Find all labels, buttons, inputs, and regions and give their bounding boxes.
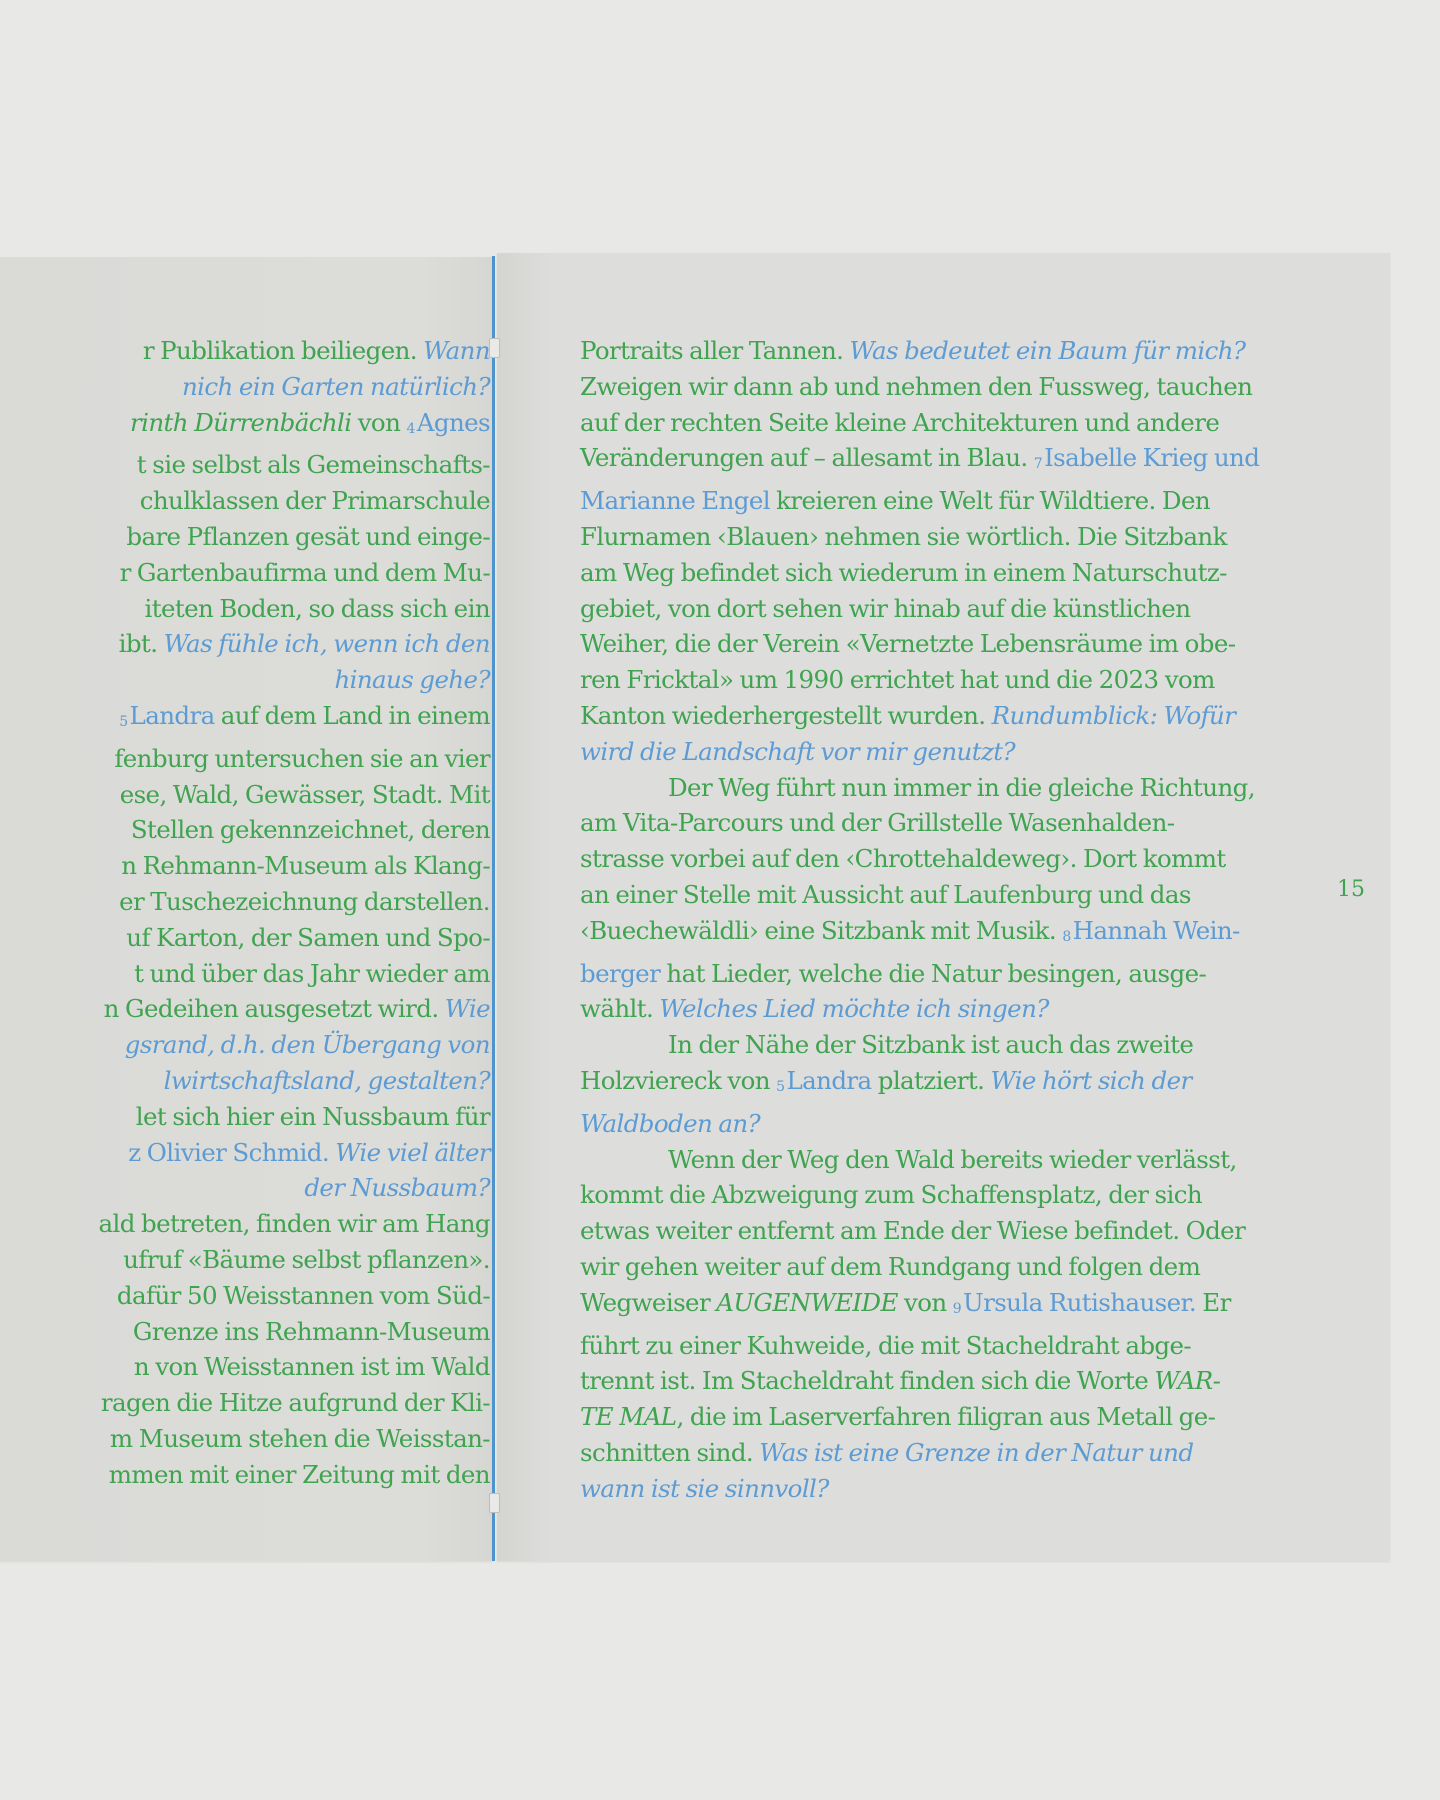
body-text: an einer Stelle mit Aussicht auf Laufenb… (580, 880, 1191, 909)
text-line: n Gedeihen ausgesetzt wird. Wie (99, 991, 490, 1027)
body-text: kreieren eine Welt für Wildtiere. Den (770, 486, 1210, 515)
artist-name: Ursula Rutishauser. (963, 1288, 1196, 1317)
text-line: lwirtschaftsland, gestalten? (99, 1063, 490, 1099)
question-text: lwirtschaftsland, gestalten? (164, 1066, 490, 1095)
body-text: uf Karton, der Samen und Spo- (126, 923, 490, 952)
body-text: bare Pflanzen gesät und einge- (126, 522, 490, 551)
body-text: fenburg untersuchen sie an vier (114, 744, 490, 773)
question-text: nich ein Garten natürlich? (182, 372, 490, 401)
question-text: Wann (423, 336, 490, 365)
text-line: Kanton wiederhergestellt wurden. Rundumb… (580, 698, 1320, 734)
text-line: am Vita-Parcours und der Grillstelle Was… (580, 805, 1320, 841)
body-text: n Rehmann-Museum als Klang- (121, 851, 490, 880)
italic-title: TE MAL (580, 1402, 676, 1431)
body-text: r Gartenbaufirma und dem Mu- (120, 558, 490, 587)
body-text: etwas weiter entfernt am Ende der Wiese … (580, 1216, 1245, 1245)
text-line: r Gartenbaufirma und dem Mu- (99, 555, 490, 591)
left-page-text-column: r Publikation beiliegen. Wannnich ein Ga… (99, 333, 490, 1493)
text-line: berger hat Lieder, welche die Natur besi… (580, 956, 1320, 992)
body-text: Veränderungen auf – allesamt in Blau. (580, 443, 1034, 472)
body-text: In der Nähe der Sitzbank ist auch das zw… (668, 1030, 1193, 1059)
body-text: auf der rechten Seite kleine Architektur… (580, 408, 1219, 437)
text-line: ren Fricktal» um 1990 errichtet hat und … (580, 662, 1320, 698)
body-text: dafür 50 Weisstannen vom Süd- (117, 1281, 490, 1310)
text-line: ibt. Was fühle ich, wenn ich den (99, 626, 490, 662)
body-text: Der Weg führt nun immer in die gleiche R… (668, 773, 1255, 802)
body-text: am Vita-Parcours und der Grillstelle Was… (580, 808, 1174, 837)
body-text: Er (1196, 1288, 1231, 1317)
question-text: Wie viel älter (329, 1138, 490, 1167)
italic-title: rinth Dürrenbächli (130, 408, 352, 437)
station-number: 8 (1062, 929, 1070, 945)
text-line: bare Pflanzen gesät und einge- (99, 519, 490, 555)
booklet-spine (492, 256, 495, 1561)
text-line: fenburg untersuchen sie an vier (99, 741, 490, 777)
text-line: etwas weiter entfernt am Ende der Wiese … (580, 1213, 1320, 1249)
body-text: let sich hier ein Nussbaum für (136, 1102, 490, 1131)
text-line: Holzviereck von 5Landra platziert. Wie h… (580, 1063, 1320, 1106)
text-line: schnitten sind. Was ist eine Grenze in d… (580, 1435, 1320, 1471)
text-line: wählt. Welches Lied möchte ich singen? (580, 991, 1320, 1027)
body-text: ‹Buechewäldli› eine Sitzbank mit Musik. (580, 916, 1062, 945)
question-text: Was ist eine Grenze in der Natur und (759, 1438, 1193, 1467)
body-text: ald betreten, finden wir am Hang (99, 1209, 490, 1238)
body-text: am Weg befindet sich wiederum in einem N… (580, 558, 1227, 587)
text-line: Zweigen wir dann ab und nehmen den Fussw… (580, 369, 1320, 405)
text-line: Weiher, die der Verein «Vernetzte Lebens… (580, 626, 1320, 662)
text-line: t sie selbst als Gemeinschafts- (99, 447, 490, 483)
question-text: gsrand, d.h. den Übergang von (125, 1030, 490, 1059)
text-line: auf der rechten Seite kleine Architektur… (580, 405, 1320, 441)
station-number: 7 (1034, 456, 1042, 472)
text-line: iteten Boden, so dass sich ein (99, 591, 490, 627)
text-line: uf Karton, der Samen und Spo- (99, 920, 490, 956)
question-text: wann ist sie sinnvoll? (580, 1474, 829, 1503)
station-number: 4 (406, 421, 414, 437)
text-line: wir gehen weiter auf dem Rundgang und fo… (580, 1249, 1320, 1285)
body-text: , die im Laserverfahren filigran aus Met… (676, 1402, 1215, 1431)
italic-title: WAR- (1154, 1366, 1220, 1395)
text-line: Marianne Engel kreieren eine Welt für Wi… (580, 483, 1320, 519)
text-line: dafür 50 Weisstannen vom Süd- (99, 1278, 490, 1314)
text-line: trennt ist. Im Stacheldraht finden sich … (580, 1363, 1320, 1399)
text-line: let sich hier ein Nussbaum für (99, 1099, 490, 1135)
body-text: wir gehen weiter auf dem Rundgang und fo… (580, 1252, 1200, 1281)
question-text: Welches Lied möchte ich singen? (659, 994, 1048, 1023)
artist-name: berger (580, 959, 660, 988)
text-line: ragen die Hitze aufgrund der Kli- (99, 1385, 490, 1421)
text-line: ald betreten, finden wir am Hang (99, 1206, 490, 1242)
text-line: Flurnamen ‹Blauen› nehmen sie wörtlich. … (580, 519, 1320, 555)
artist-name: Landra (130, 701, 215, 730)
text-line: n von Weisstannen ist im Wald (99, 1349, 490, 1385)
artist-name: z Olivier Schmid. (128, 1138, 329, 1167)
text-line: 5Landra auf dem Land in einem (99, 698, 490, 741)
text-line: Wenn der Weg den Wald bereits wieder ver… (580, 1142, 1320, 1178)
question-text: Waldboden an? (580, 1109, 760, 1138)
body-text: Stellen gekennzeichnet, deren (131, 815, 490, 844)
body-text: führt zu einer Kuhweide, die mit Stachel… (580, 1331, 1191, 1360)
text-line: t und über das Jahr wieder am (99, 956, 490, 992)
question-text: hinaus gehe? (334, 665, 490, 694)
body-text: Grenze ins Rehmann-Museum (133, 1317, 490, 1346)
text-line: kommt die Abzweigung zum Schaffensplatz,… (580, 1177, 1320, 1213)
station-number: 5 (119, 714, 127, 730)
body-text: t und über das Jahr wieder am (134, 959, 490, 988)
text-line: der Nussbaum? (99, 1170, 490, 1206)
text-line: rinth Dürrenbächli von 4Agnes (99, 405, 490, 448)
text-line: z Olivier Schmid. Wie viel älter (99, 1135, 490, 1171)
body-text: Holzviereck von (580, 1066, 776, 1095)
body-text: Kanton wiederhergestellt wurden. (580, 701, 992, 730)
artist-name: Isabelle Krieg und (1044, 443, 1259, 472)
text-line: Wegweiser AUGENWEIDE von 9Ursula Rutisha… (580, 1285, 1320, 1328)
body-text: ese, Wald, Gewässer, Stadt. Mit (120, 780, 490, 809)
body-text: ren Fricktal» um 1990 errichtet hat und … (580, 665, 1215, 694)
text-line: führt zu einer Kuhweide, die mit Stachel… (580, 1328, 1320, 1364)
right-page-text-column: Portraits aller Tannen. Was bedeutet ein… (580, 333, 1320, 1507)
text-line: gebiet, von dort sehen wir hinab auf die… (580, 591, 1320, 627)
body-text: trennt ist. Im Stacheldraht finden sich … (580, 1366, 1154, 1395)
question-text: Was bedeutet ein Baum für mich? (850, 336, 1246, 365)
station-number: 5 (776, 1079, 784, 1095)
question-text: Wie hört sich der (990, 1066, 1191, 1095)
body-text: auf dem Land in einem (215, 701, 490, 730)
body-text: Portraits aller Tannen. (580, 336, 850, 365)
body-text: er Tuschezeichnung darstellen. (119, 887, 490, 916)
body-text: strasse vorbei auf den ‹Chrottehaldeweg›… (580, 844, 1226, 873)
text-line: ese, Wald, Gewässer, Stadt. Mit (99, 777, 490, 813)
text-line: an einer Stelle mit Aussicht auf Laufenb… (580, 877, 1320, 913)
text-line: Veränderungen auf – allesamt in Blau. 7I… (580, 440, 1320, 483)
body-text: t sie selbst als Gemeinschafts- (137, 450, 490, 479)
artist-name: Agnes (417, 408, 490, 437)
body-text: Wegweiser (580, 1288, 716, 1317)
station-number: 9 (953, 1301, 961, 1317)
body-text: kommt die Abzweigung zum Schaffensplatz,… (580, 1180, 1202, 1209)
body-text: platziert. (872, 1066, 991, 1095)
text-line: m Museum stehen die Weisstan- (99, 1421, 490, 1457)
body-text: mmen mit einer Zeitung mit den (109, 1460, 490, 1489)
body-text: schnitten sind. (580, 1438, 759, 1467)
text-line: TE MAL, die im Laserverfahren filigran a… (580, 1399, 1320, 1435)
body-text: gebiet, von dort sehen wir hinab auf die… (580, 594, 1190, 623)
text-line: hinaus gehe? (99, 662, 490, 698)
body-text: ragen die Hitze aufgrund der Kli- (101, 1388, 490, 1417)
text-line: Waldboden an? (580, 1106, 1320, 1142)
text-line: gsrand, d.h. den Übergang von (99, 1027, 490, 1063)
body-text: n Gedeihen ausgesetzt wird. (104, 994, 445, 1023)
text-line: ‹Buechewäldli› eine Sitzbank mit Musik. … (580, 913, 1320, 956)
artist-name: Hannah Wein- (1073, 916, 1240, 945)
body-text: von (352, 408, 407, 437)
text-line: er Tuschezeichnung darstellen. (99, 884, 490, 920)
text-line: Der Weg führt nun immer in die gleiche R… (580, 770, 1320, 806)
text-line: wann ist sie sinnvoll? (580, 1471, 1320, 1507)
text-line: In der Nähe der Sitzbank ist auch das zw… (580, 1027, 1320, 1063)
question-text: Rundumblick: Wofür (992, 701, 1236, 730)
body-text: ibt. (119, 629, 164, 658)
staple (489, 338, 500, 358)
body-text: chulklassen der Primarschule (140, 486, 490, 515)
staple (489, 1493, 500, 1513)
text-line: Stellen gekennzeichnet, deren (99, 812, 490, 848)
text-line: am Weg befindet sich wiederum in einem N… (580, 555, 1320, 591)
body-text: m Museum stehen die Weisstan- (110, 1424, 490, 1453)
text-line: chulklassen der Primarschule (99, 483, 490, 519)
body-text: Wenn der Weg den Wald bereits wieder ver… (668, 1145, 1237, 1174)
artist-name: Marianne Engel (580, 486, 770, 515)
body-text: ufruf «Bäume selbst pflanzen». (123, 1245, 490, 1274)
body-text: iteten Boden, so dass sich ein (144, 594, 490, 623)
question-text: der Nussbaum? (304, 1173, 490, 1202)
text-line: mmen mit einer Zeitung mit den (99, 1457, 490, 1493)
text-line: nich ein Garten natürlich? (99, 369, 490, 405)
text-line: strasse vorbei auf den ‹Chrottehaldeweg›… (580, 841, 1320, 877)
italic-title: AUGENWEIDE (716, 1288, 898, 1317)
page-number: 15 (1337, 877, 1365, 902)
artist-name: Landra (786, 1066, 871, 1095)
text-line: n Rehmann-Museum als Klang- (99, 848, 490, 884)
text-line: ufruf «Bäume selbst pflanzen». (99, 1242, 490, 1278)
text-line: r Publikation beiliegen. Wann (99, 333, 490, 369)
question-text: Wie (445, 994, 490, 1023)
text-line: Portraits aller Tannen. Was bedeutet ein… (580, 333, 1320, 369)
body-text: Flurnamen ‹Blauen› nehmen sie wörtlich. … (580, 522, 1227, 551)
body-text: hat Lieder, welche die Natur besingen, a… (660, 959, 1206, 988)
body-text: von (898, 1288, 953, 1317)
body-text: Weiher, die der Verein «Vernetzte Lebens… (580, 629, 1235, 658)
body-text: Zweigen wir dann ab und nehmen den Fussw… (580, 372, 1252, 401)
text-line: Grenze ins Rehmann-Museum (99, 1314, 490, 1350)
text-line: wird die Landschaft vor mir genutzt? (580, 734, 1320, 770)
question-text: wird die Landschaft vor mir genutzt? (580, 737, 1015, 766)
question-text: Was fühle ich, wenn ich den (164, 629, 490, 658)
body-text: r Publikation beiliegen. (143, 336, 423, 365)
body-text: wählt. (580, 994, 659, 1023)
body-text: n von Weisstannen ist im Wald (134, 1352, 490, 1381)
